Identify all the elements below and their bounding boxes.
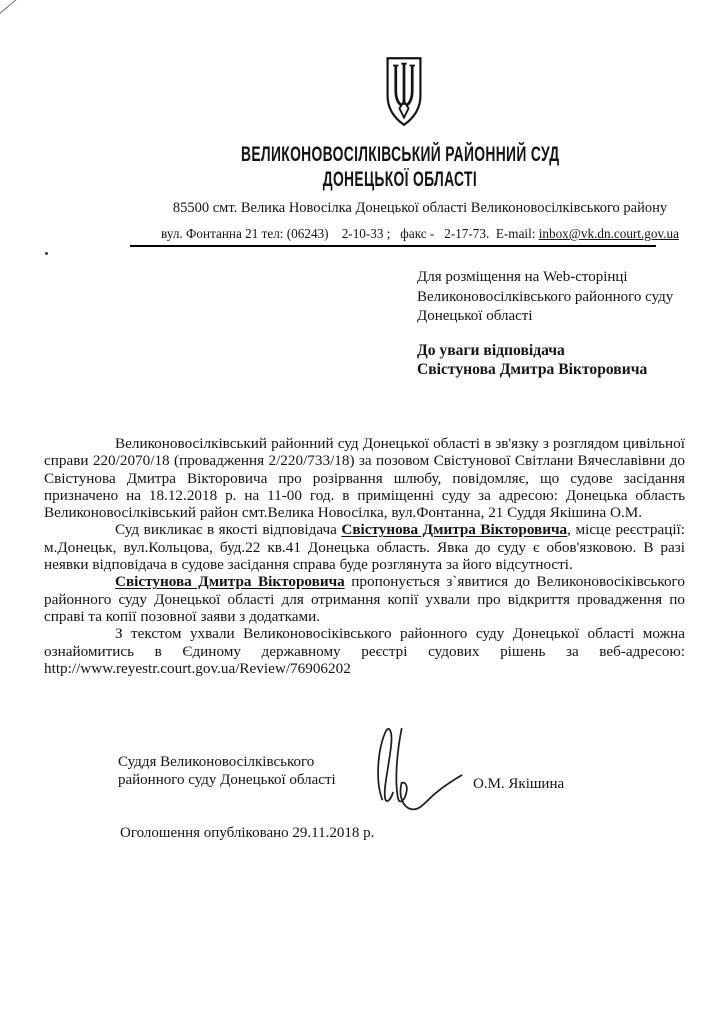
attention-block: До уваги відповідача Свістунова Дмитра В… xyxy=(417,341,673,380)
attention-defendant-name: Свістунова Дмитра Вікторовича xyxy=(417,360,673,380)
judge-title-block: Суддя Великоновосілківського районного с… xyxy=(118,754,336,789)
document-body: Великоновосілківський районний суд Донец… xyxy=(44,435,685,677)
court-name-line2: ДОНЕЦЬКОЇ ОБЛАСТІ xyxy=(323,167,477,192)
publication-date: Оголошення опубліковано 29.11.2018 р. xyxy=(120,825,374,842)
web-notice-line2: Великоновосілківського районного суду xyxy=(417,288,673,308)
case-registry-url: http://www.reyestr.court.gov.ua/Review/7… xyxy=(44,660,351,677)
attention-title: До уваги відповідача xyxy=(417,341,673,361)
court-address-line1: 85500 смт. Велика Новосілка Донецької об… xyxy=(115,199,725,217)
court-address-line2: вул. Фонтанна 21 тел: (06243) 2-10-33 ; … xyxy=(115,225,725,242)
judge-signature xyxy=(366,722,474,819)
web-publication-notice: Для розміщення на Web-сторінці Великонов… xyxy=(417,268,673,380)
court-contacts: вул. Фонтанна 21 тел: (06243) 2-10-33 ; … xyxy=(161,226,539,241)
court-address-block: 85500 смт. Велика Новосілка Донецької об… xyxy=(115,199,725,242)
judge-title-line1: Суддя Великоновосілківського xyxy=(118,754,336,772)
defendant-name-bold-2: Свістунова Дмитра Вікторовича xyxy=(115,573,345,590)
court-name-line1: ВЕЛИКОНОВОСІЛКІВСЬКИЙ РАЙОННИЙ СУД xyxy=(241,142,559,167)
scan-corner-artifact xyxy=(0,0,18,15)
body-paragraph-4: З текстом ухвали Великоновосіківського р… xyxy=(44,625,685,677)
paragraph4-text: З текстом ухвали Великоновосіківського р… xyxy=(44,625,685,659)
court-name-heading: ВЕЛИКОНОВОСІЛКІВСЬКИЙ РАЙОННИЙ СУД ДОНЕЦ… xyxy=(100,142,700,192)
scan-dot-artifact xyxy=(45,252,48,255)
web-notice-line1: Для розміщення на Web-сторінці xyxy=(417,268,673,288)
court-email: inbox@vk.dn.court.gov.ua xyxy=(539,226,679,241)
body-paragraph-2: Суд викликає в якості відповідача Свісту… xyxy=(44,521,685,573)
defendant-name-bold: Свістунова Дмитра Вікторовича xyxy=(341,521,567,538)
court-notice-document: ВЕЛИКОНОВОСІЛКІВСЬКИЙ РАЙОННИЙ СУД ДОНЕЦ… xyxy=(0,0,725,1024)
judge-name: О.М. Якішина xyxy=(473,776,564,793)
body-paragraph-1: Великоновосілківський районний суд Донец… xyxy=(44,435,685,521)
paragraph2-text: Суд викликає в якості відповідача xyxy=(115,521,341,538)
body-paragraph-3: Свістунова Дмитра Вікторовича пропонуєть… xyxy=(44,573,685,625)
web-notice-line3: Донецької області xyxy=(417,307,673,327)
letterhead-divider xyxy=(130,245,656,247)
ukraine-trident-emblem-icon xyxy=(383,55,425,134)
judge-title-line2: районного суду Донецької області xyxy=(118,772,336,790)
